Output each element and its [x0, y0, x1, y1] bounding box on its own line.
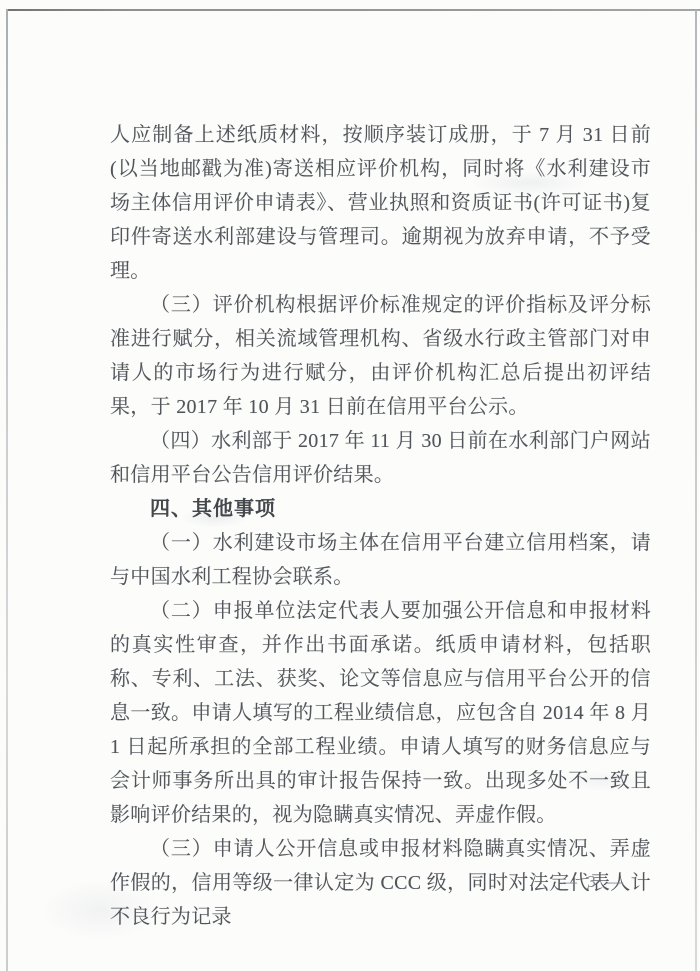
page-number: — 3 — — [548, 871, 638, 893]
scanned-document-page: 人应制备上述纸质材料，按顺序装订成册，于 7 月 31 日前(以当地邮戳为准)寄… — [0, 0, 700, 971]
paragraph-continuation-mailing-materials: 人应制备上述纸质材料，按顺序装订成册，于 7 月 31 日前(以当地邮戳为准)寄… — [110, 118, 651, 288]
scan-edge-right — [695, 10, 697, 971]
paragraph-item-4-result-announcement: （四）水利部于 2017 年 11 月 30 日前在水利部门户网站和信用平台公告… — [110, 424, 651, 492]
scan-edge-top — [6, 9, 700, 11]
paragraph-item-3-evaluation-scoring: （三）评价机构根据评价标准规定的评价指标及评分标准进行赋分，相关流域管理机构、省… — [110, 288, 651, 424]
scan-edge-left — [6, 9, 8, 971]
paragraph-other-1-credit-archive: （一）水利建设市场主体在信用平台建立信用档案，请与中国水利工程协会联系。 — [110, 526, 651, 594]
document-body: 人应制备上述纸质材料，按顺序装订成册，于 7 月 31 日前(以当地邮戳为准)寄… — [110, 118, 651, 934]
paragraph-other-2-truthfulness-review: （二）申报单位法定代表人要加强公开信息和申报材料的真实性审查，并作出书面承诺。纸… — [110, 594, 651, 832]
section-heading-other-matters: 四、其他事项 — [110, 492, 651, 526]
